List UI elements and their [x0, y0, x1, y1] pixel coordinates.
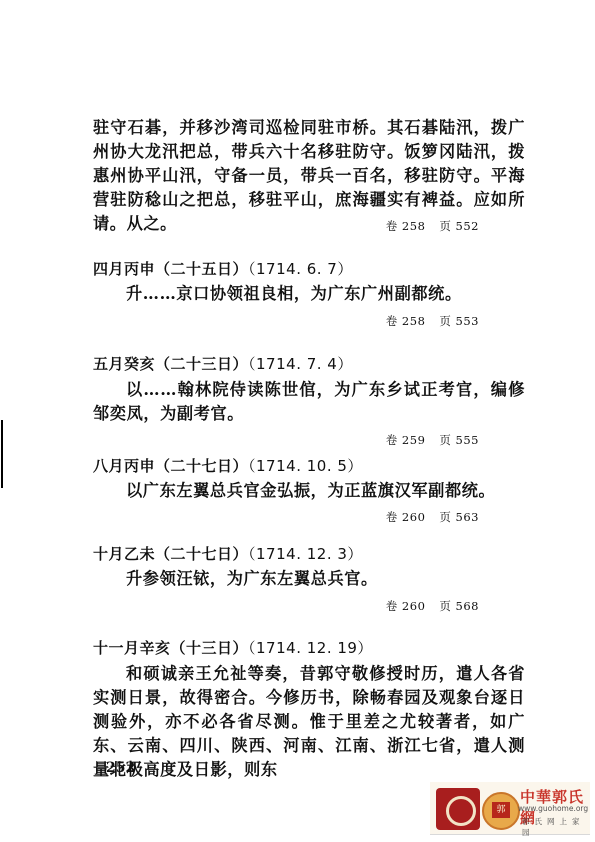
entry-date-gregorian: （1714. 12. 19）: [248, 639, 373, 657]
citation: 卷 259页 555: [386, 432, 479, 448]
entry-text: 以广东左翼总兵官金弘振，为正蓝旗汉军副都统。: [93, 479, 525, 503]
entry-date-lunar: 五月癸亥（二十三日）: [93, 355, 248, 373]
entry-heading: 八月丙申（二十七日）（1714. 10. 5）: [93, 455, 363, 477]
seal-icon: 郭: [482, 792, 520, 830]
entry-date-lunar: 八月丙申（二十七日）: [93, 457, 248, 475]
citation-volume: 卷 258: [386, 314, 426, 328]
citation-volume: 卷 258: [386, 219, 426, 233]
scan-margin-bar: [1, 420, 3, 488]
citation-volume: 卷 259: [386, 433, 426, 447]
entry-text: 升……京口协领祖良相，为广东广州副都统。: [93, 282, 525, 306]
citation-page: 页 552: [439, 219, 479, 233]
watermark-subtitle: 郭氏网上家园: [522, 816, 590, 838]
knot-emblem-icon: [436, 788, 480, 830]
entry-heading: 五月癸亥（二十三日）（1714. 7. 4）: [93, 353, 353, 375]
entry-date-gregorian: （1714. 7. 4）: [248, 355, 353, 373]
citation-page: 页 568: [439, 599, 479, 613]
entry-date-lunar: 十月乙未（二十七日）: [93, 545, 248, 563]
entry-date-gregorian: （1714. 6. 7）: [248, 260, 353, 278]
entry-text: 和硕诚亲王允祉等奏，昔郭守敬修授时历，遣人各省实测日景，故得密合。今修历书，除畅…: [93, 662, 525, 782]
citation: 卷 258页 552: [386, 218, 479, 234]
citation: 卷 260页 568: [386, 598, 479, 614]
watermark-url: www.guohome.org: [518, 804, 588, 813]
document-page: 驻守石碁，并移沙湾司巡检同驻市桥。其石碁陆汛，拨广州协大龙汛把总，带兵六十名移驻…: [0, 0, 595, 842]
citation-volume: 卷 260: [386, 599, 426, 613]
entry-date-gregorian: （1714. 12. 3）: [248, 545, 363, 563]
entry-date-lunar: 四月丙申（二十五日）: [93, 260, 248, 278]
page-number: 252: [106, 760, 135, 776]
entry-date-lunar: 十一月辛亥（十三日）: [93, 639, 248, 657]
watermark-logo: 郭 中華郭氏網 www.guohome.org 郭氏网上家园: [430, 782, 590, 834]
citation: 卷 258页 553: [386, 313, 479, 329]
entry-text: 以……翰林院侍读陈世倌，为广东乡试正考官，编修邹奕凤，为副考官。: [93, 378, 525, 426]
citation-page: 页 555: [439, 433, 479, 447]
scan-speck: [72, 8, 75, 18]
citation-volume: 卷 260: [386, 510, 426, 524]
entry-heading: 十月乙未（二十七日）（1714. 12. 3）: [93, 543, 363, 565]
citation-page: 页 553: [439, 314, 479, 328]
entry-text: 升参领汪铱，为广东左翼总兵官。: [93, 567, 525, 591]
entry-heading: 十一月辛亥（十三日）（1714. 12. 19）: [93, 637, 373, 659]
entry-date-gregorian: （1714. 10. 5）: [248, 457, 363, 475]
seal-text: 郭: [492, 802, 510, 818]
entry-heading: 四月丙申（二十五日）（1714. 6. 7）: [93, 258, 353, 280]
citation-page: 页 563: [439, 510, 479, 524]
citation: 卷 260页 563: [386, 509, 479, 525]
